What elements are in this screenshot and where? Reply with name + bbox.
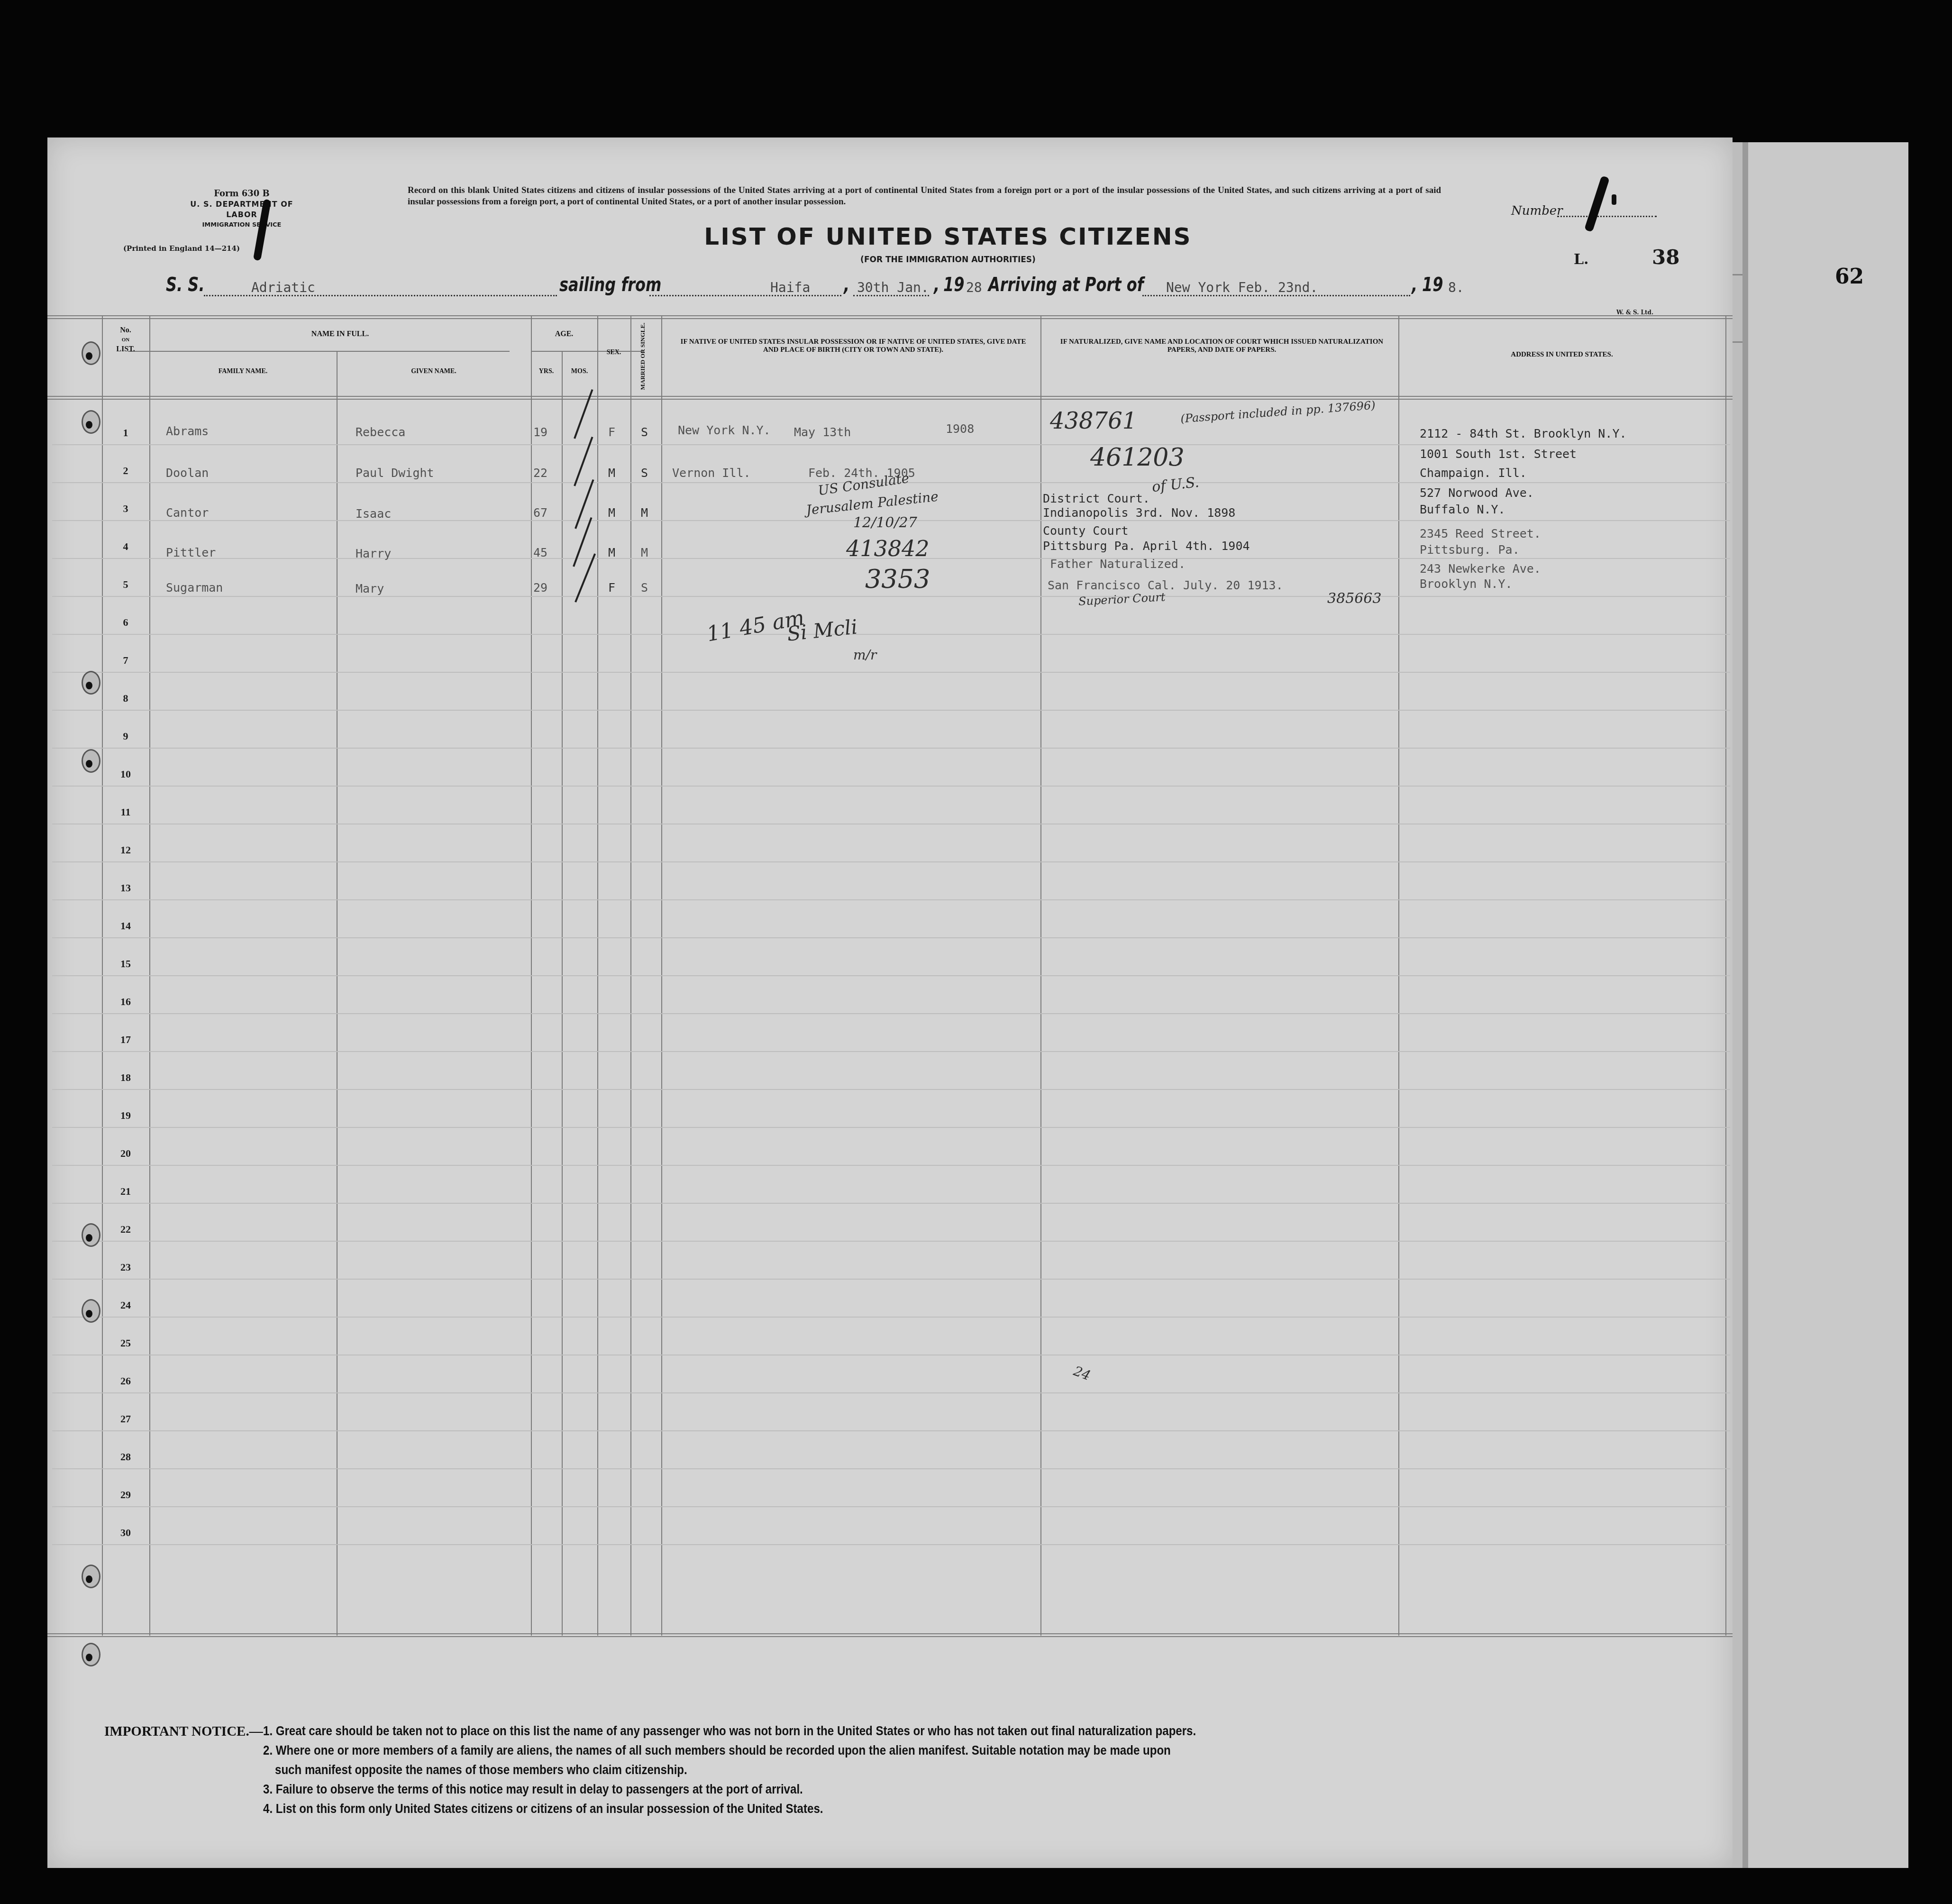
sex: F	[608, 581, 615, 595]
row-rule	[52, 596, 1730, 597]
address-line2: Brooklyn N.Y.	[1420, 577, 1513, 591]
number-value-handwritten	[1584, 175, 1610, 232]
year-prefix: 19	[1422, 274, 1443, 296]
departure-date: 30th Jan.	[857, 280, 929, 295]
age-years: 22	[533, 466, 547, 480]
row-rule	[52, 1279, 1730, 1280]
row-rule	[52, 1203, 1730, 1204]
row-rule	[52, 899, 1730, 900]
row-rule	[52, 1355, 1730, 1355]
row-rule	[52, 975, 1730, 976]
row-number: 30	[102, 1527, 149, 1539]
comma: ,	[934, 274, 940, 296]
row-number: 4	[102, 540, 149, 553]
handwritten-number: 3353	[865, 564, 930, 594]
header-married-or-single: MARRIED OR SINGLE.	[639, 321, 647, 392]
row-number: 12	[102, 844, 149, 856]
address-line1: 1001 South 1st. Street	[1420, 447, 1577, 461]
handwritten-consulate-date: 12/10/27	[853, 514, 917, 531]
check-mark-icon	[575, 479, 594, 529]
row-number: 13	[102, 882, 149, 894]
binding-hole	[82, 671, 100, 695]
header-bottom-border	[47, 396, 1733, 400]
arrival-port-date: New York Feb. 23nd.	[1166, 280, 1318, 295]
arriving-label: Arriving at Port of	[988, 274, 1144, 296]
given-name: Harry	[356, 547, 391, 560]
row-number: 10	[102, 768, 149, 780]
row-rule	[52, 748, 1730, 749]
row-number: 20	[102, 1147, 149, 1160]
printed-note: (Printed in England 14—214)	[123, 244, 240, 253]
header-sex: SEX.	[597, 348, 630, 357]
row-rule	[52, 1051, 1730, 1052]
sex: M	[608, 506, 615, 520]
birth-date: May 13th	[794, 425, 851, 439]
page-title: LIST OF UNITED STATES CITIZENS	[630, 223, 1266, 250]
handwritten-court: Superior Court	[1078, 590, 1166, 608]
row-rule	[52, 1089, 1730, 1090]
given-name: Isaac	[356, 507, 391, 521]
row-number: 5	[102, 578, 149, 591]
row-rule	[52, 1165, 1730, 1166]
ship-name: Adriatic	[251, 280, 315, 295]
header-yrs: YRS.	[531, 367, 562, 375]
binding-hole	[82, 749, 100, 773]
page-number: 38	[1652, 246, 1679, 269]
row-rule	[52, 937, 1730, 938]
comma: ,	[1412, 274, 1417, 296]
naturalization-court: County Court	[1043, 524, 1129, 538]
address-line1: 243 Newkerke Ave.	[1420, 562, 1541, 576]
printer-mark: W. & S. Ltd.	[1616, 309, 1653, 316]
address-line2: Buffalo N.Y.	[1420, 503, 1505, 516]
notice-item-4: 4. List on this form only United States …	[263, 1799, 823, 1818]
arrival-year-suffix: 8.	[1448, 280, 1464, 295]
row-rule	[52, 672, 1730, 673]
citizens-table: No. ON LIST. NAME IN FULL. FAMILY NAME. …	[47, 315, 1733, 1636]
row-number: 11	[102, 806, 149, 818]
row-number: 25	[102, 1337, 149, 1349]
col-divider	[562, 351, 563, 1636]
row-number: 3	[102, 503, 149, 515]
marital-status: S	[641, 466, 648, 480]
row-number: 17	[102, 1034, 149, 1046]
sailing-from-label: sailing from	[559, 274, 661, 296]
age-years: 45	[533, 546, 547, 559]
row-number: 2	[102, 465, 149, 477]
row-rule	[52, 1317, 1730, 1318]
header-on: ON	[102, 335, 149, 345]
family-name: Pittler	[166, 546, 216, 559]
sex: M	[608, 546, 615, 559]
col-divider	[337, 351, 337, 1636]
year-prefix: 19	[943, 274, 965, 296]
notice-item-2-cont: such manifest opposite the names of thos…	[275, 1760, 687, 1779]
family-name: Doolan	[166, 466, 209, 480]
header-name-in-full: NAME IN FULL.	[149, 330, 531, 339]
row-number: 6	[102, 616, 149, 629]
marital-status: M	[641, 546, 648, 559]
header-no-on-list: No. ON LIST.	[102, 326, 149, 354]
naturalization-location-date: San Francisco Cal. July. 20 1913.	[1048, 578, 1283, 592]
sex: M	[608, 466, 615, 480]
row-number: 14	[102, 920, 149, 932]
row-rule	[52, 634, 1730, 635]
header-address: ADDRESS IN UNITED STATES.	[1398, 351, 1725, 359]
row-number: 28	[102, 1451, 149, 1463]
header-no: No.	[102, 326, 149, 335]
family-name: Cantor	[166, 506, 209, 520]
address-line2: Pittsburg. Pa.	[1420, 543, 1520, 557]
number-field-line	[1557, 216, 1657, 217]
binding-hole	[82, 410, 100, 434]
service: IMMIGRATION SERVICE	[175, 220, 308, 230]
row-number: 21	[102, 1185, 149, 1198]
header-native-birth: IF NATIVE OF UNITED STATES INSULAR POSSE…	[673, 338, 1033, 354]
handwritten-nat-number: 461203	[1090, 443, 1185, 472]
marital-status: M	[641, 506, 648, 520]
row-rule	[52, 1468, 1730, 1469]
manifest-page: Form 630 B U. S. DEPARTMENT OF LABOR IMM…	[47, 137, 1733, 1868]
header-given-name: GIVEN NAME.	[337, 367, 531, 375]
notice-item-3: 3. Failure to observe the terms of this …	[263, 1779, 803, 1799]
address-line1: 2112 - 84th St. Brooklyn N.Y.	[1420, 427, 1627, 440]
header-family-name: FAMILY NAME.	[149, 367, 337, 375]
table-top-border	[47, 315, 1733, 319]
row-number: 18	[102, 1071, 149, 1084]
handwritten-cert-number: 385663	[1327, 590, 1382, 607]
page-subtitle: (FOR THE IMMIGRATION AUTHORITIES)	[773, 255, 1123, 265]
binding-hole	[82, 1565, 100, 1588]
row-number: 9	[102, 730, 149, 742]
table-bottom-border	[47, 1633, 1733, 1637]
naturalization-location-date: Pittsburg Pa. April 4th. 1904	[1043, 539, 1250, 553]
row-number: 26	[102, 1375, 149, 1387]
row-number: 22	[102, 1223, 149, 1236]
row-rule	[52, 824, 1730, 824]
row-rule	[52, 786, 1730, 787]
birth-place: New York N.Y.	[678, 423, 771, 437]
binding-hole	[82, 1299, 100, 1323]
form-number: Form 630 B	[175, 189, 308, 199]
departure-port-field-line	[649, 295, 841, 296]
number-label: Number	[1511, 204, 1563, 218]
departure-year-suffix: 28	[966, 280, 982, 295]
birth-place: Vernon Ill.	[672, 466, 751, 480]
naturalization-note: Father Naturalized.	[1050, 557, 1186, 571]
comma: ,	[844, 274, 849, 296]
row-rule	[52, 444, 1730, 445]
binding-hole	[82, 1643, 100, 1666]
given-name: Rebecca	[356, 425, 405, 439]
adjacent-page: 62	[1702, 142, 1908, 1868]
number-value-dot	[1612, 194, 1616, 205]
row-number: 24	[102, 1299, 149, 1311]
birth-year: 1908	[946, 422, 974, 436]
row-number: 7	[102, 654, 149, 667]
adjacent-page-number: 62	[1835, 265, 1864, 289]
check-mark-icon	[575, 553, 596, 602]
binding-hole	[82, 341, 100, 365]
department: U. S. DEPARTMENT OF LABOR	[175, 199, 308, 220]
marital-status: S	[641, 581, 648, 595]
row-rule	[52, 1506, 1730, 1507]
handwritten-number: 413842	[846, 536, 930, 561]
row-number: 27	[102, 1413, 149, 1425]
binding-hole	[82, 1223, 100, 1247]
handwritten-nat-number: 438761	[1050, 408, 1137, 434]
marital-status: S	[641, 425, 648, 439]
row-number: 16	[102, 996, 149, 1008]
row-rule	[52, 1430, 1730, 1431]
address-line2: Champaign. Ill.	[1420, 466, 1527, 480]
family-name: Abrams	[166, 424, 209, 438]
instruction-text: Record on this blank United States citiz…	[408, 185, 1441, 208]
row-rule	[52, 1127, 1730, 1128]
form-identification: Form 630 B U. S. DEPARTMENT OF LABOR IMM…	[175, 189, 308, 230]
age-years: 29	[533, 581, 547, 595]
naturalization-court: District Court.	[1043, 492, 1150, 505]
row-number: 15	[102, 958, 149, 970]
row-number: 1	[102, 427, 149, 439]
row-rule	[52, 1013, 1730, 1014]
row-rule	[52, 1544, 1730, 1545]
name-header-divider	[128, 351, 510, 352]
header-list: LIST.	[102, 345, 149, 354]
address-line1: 527 Norwood Ave.	[1420, 486, 1534, 500]
address-line1: 2345 Reed Street.	[1420, 527, 1541, 540]
age-years: 19	[533, 425, 547, 439]
handwritten-sub-note: m/r	[853, 647, 876, 663]
header-naturalized: IF NATURALIZED, GIVE NAME AND LOCATION O…	[1052, 338, 1391, 354]
notice-heading: IMPORTANT NOTICE.—	[104, 1722, 263, 1741]
voyage-line: S. S. Adriatic sailing from Haifa , 30th…	[166, 274, 1683, 302]
row-number: 29	[102, 1489, 149, 1501]
ship-label: S. S.	[166, 274, 205, 296]
row-number: 19	[102, 1109, 149, 1122]
given-name: Mary	[356, 582, 384, 595]
row-number: 8	[102, 692, 149, 705]
header-age: AGE.	[531, 330, 597, 339]
departure-port: Haifa	[770, 280, 810, 295]
row-rule	[52, 1241, 1730, 1242]
handwritten-court-note: of U.S.	[1151, 474, 1200, 495]
given-name: Paul Dwight	[356, 466, 434, 480]
family-name: Sugarman	[166, 581, 223, 595]
header-mos: MOS.	[562, 367, 597, 375]
notice-item-2: 2. Where one or more members of a family…	[263, 1740, 1171, 1760]
row-rule	[52, 1392, 1730, 1393]
row-number: 23	[102, 1261, 149, 1273]
handwritten-mark: 24	[1071, 1363, 1093, 1383]
row-rule	[52, 710, 1730, 711]
page-mark: L.	[1574, 251, 1589, 268]
notice-item-1: 1. Great care should be taken not to pla…	[263, 1721, 1196, 1740]
naturalization-location-date: Indianopolis 3rd. Nov. 1898	[1043, 506, 1235, 520]
sex: F	[608, 425, 615, 439]
row-rule	[52, 861, 1730, 862]
handwritten-passport-note: (Passport included in pp. 137696)	[1180, 399, 1376, 426]
age-years: 67	[533, 506, 547, 520]
